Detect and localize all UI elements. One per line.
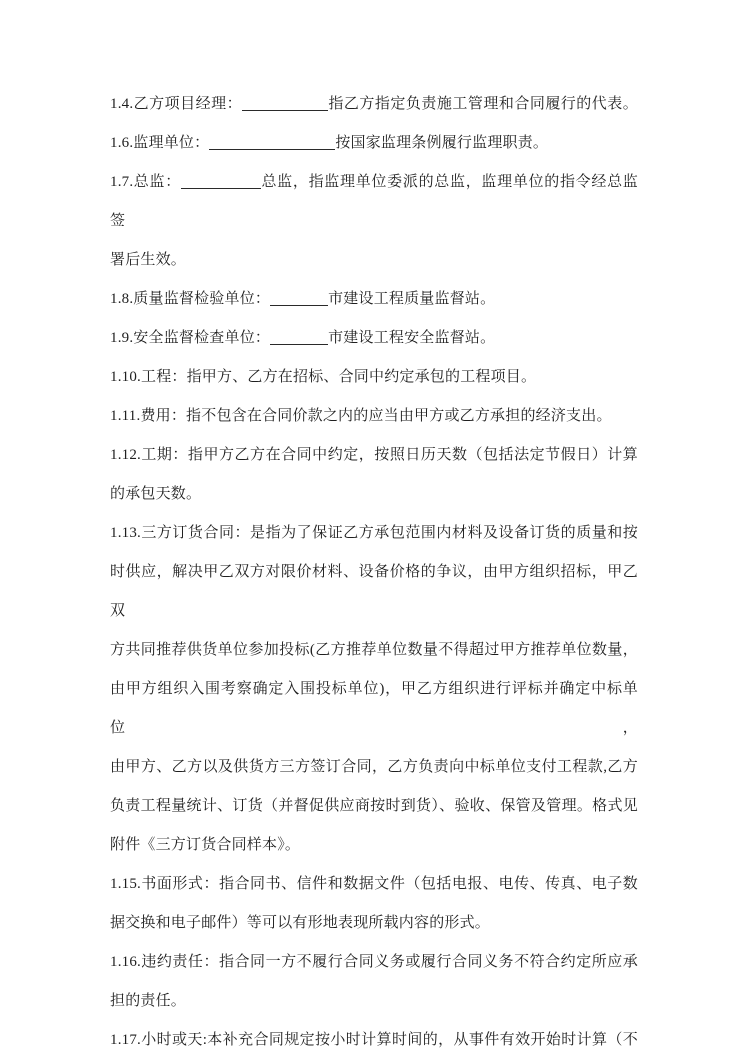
fill-in-blank-line — [242, 96, 328, 111]
clause-line: 1.7.总监：总监，指监理单位委派的总监，监理单位的指令经总监签 — [110, 163, 638, 241]
clause-1-15: 1.15.书面形式：指合同书、信件和数据文件（包括电报、电传、传真、电子数据交换… — [110, 865, 638, 943]
text-run: 附件《三方订货合同样本》。 — [110, 837, 300, 853]
clause-line: 1.16.违约责任：指合同一方不履行合同义务或履行合同义务不符合约定所应承 — [110, 943, 638, 982]
clause-line: 担的责任。 — [110, 982, 638, 1021]
text-run: 据交换和电子邮件）等可以有形地表现所载内容的形式。 — [110, 915, 490, 931]
clause-1-9: 1.9.安全监督检查单位：市建设工程安全监督站。 — [110, 319, 638, 358]
text-run: 1.13.三方订货合同：是指为了保证乙方承包范围内材料及设备订货的质量和按 — [110, 525, 638, 541]
clause-1-12: 1.12.工期：指甲方乙方在合同中约定，按照日历天数（包括法定节假日）计算的承包… — [110, 436, 638, 514]
fill-in-blank-line — [209, 135, 335, 150]
fill-in-blank-line — [270, 291, 328, 306]
text-run: 1.6.监理单位： — [110, 135, 209, 151]
clause-1-7: 1.7.总监：总监，指监理单位委派的总监，监理单位的指令经总监签署后生效。 — [110, 163, 638, 280]
clause-1-11: 1.11.费用：指不包含在合同价款之内的应当由甲方或乙方承担的经济支出。 — [110, 397, 638, 436]
text-run: 1.11.费用：指不包含在合同价款之内的应当由甲方或乙方承担的经济支出。 — [110, 408, 612, 424]
text-run: 1.16.违约责任：指合同一方不履行合同义务或履行合同义务不符合约定所应承 — [110, 954, 638, 970]
clause-1-13: 1.13.三方订货合同：是指为了保证乙方承包范围内材料及设备订货的质量和按时供应… — [110, 514, 638, 865]
clause-1-4: 1.4.乙方项目经理：指乙方指定负责施工管理和合同履行的代表。 — [110, 85, 638, 124]
clause-line: 1.10.工程：指甲方、乙方在招标、合同中约定承包的工程项目。 — [110, 358, 638, 397]
document-page: 1.4.乙方项目经理：指乙方指定负责施工管理和合同履行的代表。1.6.监理单位：… — [0, 0, 744, 1052]
clause-line: 1.13.三方订货合同：是指为了保证乙方承包范围内材料及设备订货的质量和按 — [110, 514, 638, 553]
clause-line: 1.11.费用：指不包含在合同价款之内的应当由甲方或乙方承担的经济支出。 — [110, 397, 638, 436]
text-run: 的承包天数。 — [110, 486, 201, 502]
text-run: 1.4.乙方项目经理： — [110, 96, 242, 112]
text-run: 由甲方组织入围考察确定入围投标单位)，甲乙方组织进行评标并确定中标单位， — [110, 681, 638, 736]
text-run: 负责工程量统计、订货（并督促供应商按时到货）、验收、保管及管理。格式见 — [110, 798, 638, 814]
clause-line: 1.4.乙方项目经理：指乙方指定负责施工管理和合同履行的代表。 — [110, 85, 638, 124]
text-run: 1.8.质量监督检验单位： — [110, 291, 270, 307]
text-run: 1.17.小时或天:本补充合同规定按小时计算时间的，从事件有效开始时计算（不 — [110, 1032, 638, 1048]
clause-1-16: 1.16.违约责任：指合同一方不履行合同义务或履行合同义务不符合约定所应承担的责… — [110, 943, 638, 1021]
clause-line: 1.15.书面形式：指合同书、信件和数据文件（包括电报、电传、传真、电子数 — [110, 865, 638, 904]
text-run: 时供应，解决甲乙双方对限价材料、设备价格的争议，由甲方组织招标，甲乙双 — [110, 564, 638, 619]
clause-line: 时供应，解决甲乙双方对限价材料、设备价格的争议，由甲方组织招标，甲乙双 — [110, 553, 638, 631]
clause-line: 的承包天数。 — [110, 475, 638, 514]
text-run: 1.10.工程：指甲方、乙方在招标、合同中约定承包的工程项目。 — [110, 369, 536, 385]
text-run: 署后生效。 — [110, 252, 186, 268]
fill-in-blank-line — [270, 330, 328, 345]
clause-line: 1.8.质量监督检验单位：市建设工程质量监督站。 — [110, 280, 638, 319]
text-run: 1.9.安全监督检查单位： — [110, 330, 270, 346]
clause-line: 方共同推荐供货单位参加投标(乙方推荐单位数量不得超过甲方推荐单位数量， — [110, 631, 638, 670]
clause-line: 1.6.监理单位：按国家监理条例履行监理职责。 — [110, 124, 638, 163]
fill-in-blank-line — [181, 174, 261, 189]
clause-line: 据交换和电子邮件）等可以有形地表现所载内容的形式。 — [110, 904, 638, 943]
clause-1-10: 1.10.工程：指甲方、乙方在招标、合同中约定承包的工程项目。 — [110, 358, 638, 397]
text-run: 方共同推荐供货单位参加投标(乙方推荐单位数量不得超过甲方推荐单位数量， — [110, 642, 638, 658]
document-body: 1.4.乙方项目经理：指乙方指定负责施工管理和合同履行的代表。1.6.监理单位：… — [110, 85, 638, 1052]
clause-line: 1.17.小时或天:本补充合同规定按小时计算时间的，从事件有效开始时计算（不 — [110, 1021, 638, 1052]
clause-1-6: 1.6.监理单位：按国家监理条例履行监理职责。 — [110, 124, 638, 163]
clause-line: 署后生效。 — [110, 241, 638, 280]
clause-line: 由甲方、乙方以及供货方三方签订合同，乙方负责向中标单位支付工程款,乙方 — [110, 748, 638, 787]
clause-1-17: 1.17.小时或天:本补充合同规定按小时计算时间的，从事件有效开始时计算（不 — [110, 1021, 638, 1052]
text-run: 由甲方、乙方以及供货方三方签订合同，乙方负责向中标单位支付工程款,乙方 — [110, 759, 638, 775]
clause-line: 附件《三方订货合同样本》。 — [110, 826, 638, 865]
text-run: 1.12.工期：指甲方乙方在合同中约定，按照日历天数（包括法定节假日）计算 — [110, 447, 638, 463]
clause-1-8: 1.8.质量监督检验单位：市建设工程质量监督站。 — [110, 280, 638, 319]
text-run: 担的责任。 — [110, 993, 186, 1009]
text-run: 1.7.总监： — [110, 174, 181, 190]
clause-line: 1.12.工期：指甲方乙方在合同中约定，按照日历天数（包括法定节假日）计算 — [110, 436, 638, 475]
clause-line: 由甲方组织入围考察确定入围投标单位)，甲乙方组织进行评标并确定中标单位， — [110, 670, 638, 748]
text-run: 市建设工程安全监督站。 — [328, 330, 495, 346]
clause-line: 1.9.安全监督检查单位：市建设工程安全监督站。 — [110, 319, 638, 358]
text-run: 市建设工程质量监督站。 — [328, 291, 495, 307]
clause-line: 负责工程量统计、订货（并督促供应商按时到货）、验收、保管及管理。格式见 — [110, 787, 638, 826]
text-run: 指乙方指定负责施工管理和合同履行的代表。 — [328, 96, 638, 112]
text-run: 按国家监理条例履行监理职责。 — [335, 135, 548, 151]
text-run: 1.15.书面形式：指合同书、信件和数据文件（包括电报、电传、传真、电子数 — [110, 876, 638, 892]
